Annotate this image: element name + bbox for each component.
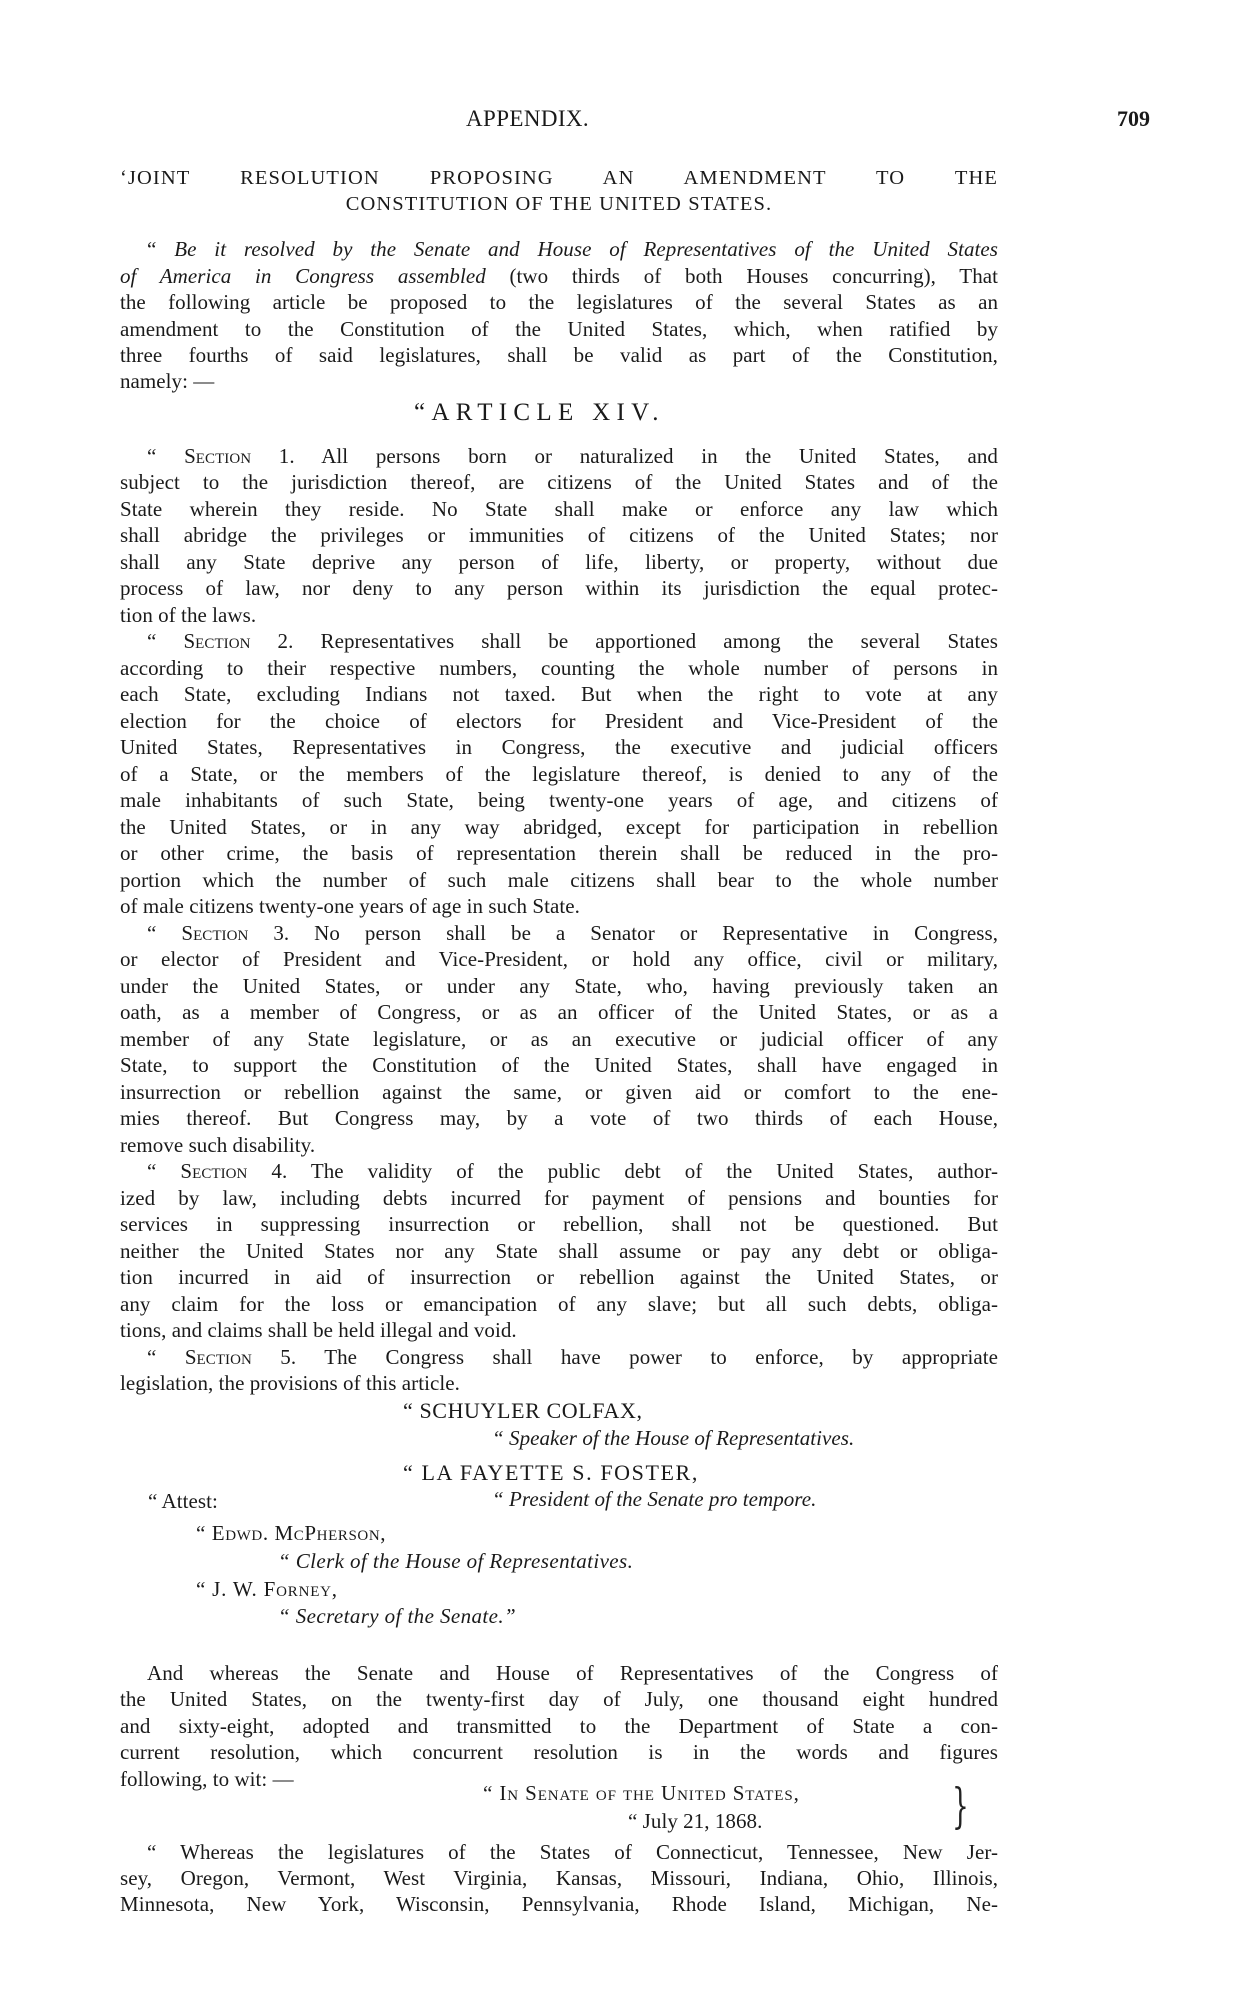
preamble-line: three fourths of said legislatures, shal… xyxy=(120,342,998,368)
section-line: shall abridge the privileges or immuniti… xyxy=(120,522,998,548)
section-line: election for the choice of electors for … xyxy=(120,708,998,734)
section-line: United States, Representatives in Congre… xyxy=(120,734,998,760)
section-label: “ Section 5. xyxy=(147,1345,296,1369)
section-label: “ Section 2. xyxy=(147,629,293,653)
resolution-title-line-2: CONSTITUTION OF THE UNITED STATES. xyxy=(120,192,998,216)
section-line: member of any State legislature, or as a… xyxy=(120,1026,998,1052)
section-line: shall any State deprive any person of li… xyxy=(120,549,998,575)
article-heading: “ARTICLE XIV. xyxy=(414,399,665,427)
section-line: of male citizens twenty-one years of age… xyxy=(120,893,998,919)
section-line: or elector of President and Vice-Preside… xyxy=(120,946,998,972)
secretary-title: “ Secretary of the Senate.” xyxy=(278,1603,516,1629)
section-line: tion incurred in aid of insurrection or … xyxy=(120,1264,998,1290)
section-line: of a State, or the members of the legisl… xyxy=(120,761,998,787)
section-line: according to their respective numbers, c… xyxy=(120,655,998,681)
secretary-name: “ J. W. Forney, xyxy=(196,1576,338,1602)
section-label: “ Section 4. xyxy=(147,1159,287,1183)
section-line: tions, and claims shall be held illegal … xyxy=(120,1317,998,1343)
paragraph-line: the United States, on the twenty-first d… xyxy=(120,1686,998,1712)
section-line: services in suppressing insurrection or … xyxy=(120,1211,998,1237)
clerk-name: “ Edwd. McPherson, xyxy=(196,1520,386,1546)
section-line: insurrection or rebellion against the sa… xyxy=(120,1079,998,1105)
dateline-place: “ In Senate of the United States, xyxy=(483,1780,800,1806)
section-line: mies thereof. But Congress may, by a vot… xyxy=(120,1105,998,1131)
page-number: 709 xyxy=(1117,106,1150,132)
section-line: portion which the number of such male ci… xyxy=(120,867,998,893)
paragraph-line: and sixty-eight, adopted and transmitted… xyxy=(120,1713,998,1739)
preamble-line: namely: — xyxy=(120,368,998,394)
resolution-line: sey, Oregon, Vermont, West Virginia, Kan… xyxy=(120,1865,998,1891)
open-quote: “ xyxy=(147,237,174,261)
section-line: under the United States, or under any St… xyxy=(120,973,998,999)
section-line: remove such disability. xyxy=(120,1132,998,1158)
section-line: the United States, or in any way abridge… xyxy=(120,814,998,840)
section-line: process of law, nor deny to any person w… xyxy=(120,575,998,601)
section-line: neither the United States nor any State … xyxy=(120,1238,998,1264)
document-page: APPENDIX. 709 ‘JOINT RESOLUTION PROPOSIN… xyxy=(0,0,1240,2000)
section-line: any claim for the loss or emancipation o… xyxy=(120,1291,998,1317)
section-line: each State, excluding Indians not taxed.… xyxy=(120,681,998,707)
section-line: “ Section 4. The validity of the public … xyxy=(147,1158,998,1184)
clerk-title: “ Clerk of the House of Representatives. xyxy=(278,1548,633,1574)
speaker-name: “ SCHUYLER COLFAX, xyxy=(403,1398,643,1424)
enacting-clause-italic: Be it resolved by the Senate and House o… xyxy=(174,237,998,261)
section-line: “ Section 1. All persons born or natural… xyxy=(147,443,998,469)
preamble-line: amendment to the Constitution of the Uni… xyxy=(120,316,998,342)
resolution-line: “ Whereas the legislatures of the States… xyxy=(147,1839,998,1865)
preamble-line: “ Be it resolved by the Senate and House… xyxy=(147,236,998,262)
section-line: subject to the jurisdiction thereof, are… xyxy=(120,469,998,495)
section-label: “ Section 3. xyxy=(147,921,289,945)
section-line: oath, as a member of Congress, or as an … xyxy=(120,999,998,1025)
section-line: or other crime, the basis of representat… xyxy=(120,840,998,866)
section-line: “ Section 2. Representatives shall be ap… xyxy=(147,628,998,654)
curly-brace-icon: } xyxy=(952,1778,969,1834)
preamble-line: the following article be proposed to the… xyxy=(120,289,998,315)
section-line: “ Section 3. No person shall be a Senato… xyxy=(147,920,998,946)
paragraph-line: current resolution, which concurrent res… xyxy=(120,1739,998,1765)
section-line: State, to support the Constitution of th… xyxy=(120,1052,998,1078)
speaker-title: “ Speaker of the House of Representative… xyxy=(492,1425,854,1451)
paragraph-line: And whereas the Senate and House of Repr… xyxy=(147,1660,998,1686)
resolution-line: Minnesota, New York, Wisconsin, Pennsylv… xyxy=(120,1891,998,1917)
attest-label: “ Attest: xyxy=(148,1488,218,1514)
resolution-title-line-1: ‘JOINT RESOLUTION PROPOSING AN AMENDMENT… xyxy=(120,166,998,190)
president-pro-tempore-title: “ President of the Senate pro tempore. xyxy=(492,1486,816,1512)
section-line: “ Section 5. The Congress shall have pow… xyxy=(147,1344,998,1370)
enacting-clause-italic: of America in Congress assembled xyxy=(120,264,486,288)
section-line: male inhabitants of such State, being tw… xyxy=(120,787,998,813)
president-pro-tempore-name: “ LA FAYETTE S. FOSTER, xyxy=(403,1460,699,1486)
section-line: ized by law, including debts incurred fo… xyxy=(120,1185,998,1211)
section-line: tion of the laws. xyxy=(120,602,998,628)
section-label: “ Section 1. xyxy=(147,444,295,468)
section-line: State wherein they reside. No State shal… xyxy=(120,496,998,522)
section-line: legislation, the provisions of this arti… xyxy=(120,1370,998,1396)
preamble-line: of America in Congress assembled (two th… xyxy=(120,263,998,289)
running-head: APPENDIX. xyxy=(466,106,589,132)
dateline-date: “ July 21, 1868. xyxy=(628,1808,762,1834)
